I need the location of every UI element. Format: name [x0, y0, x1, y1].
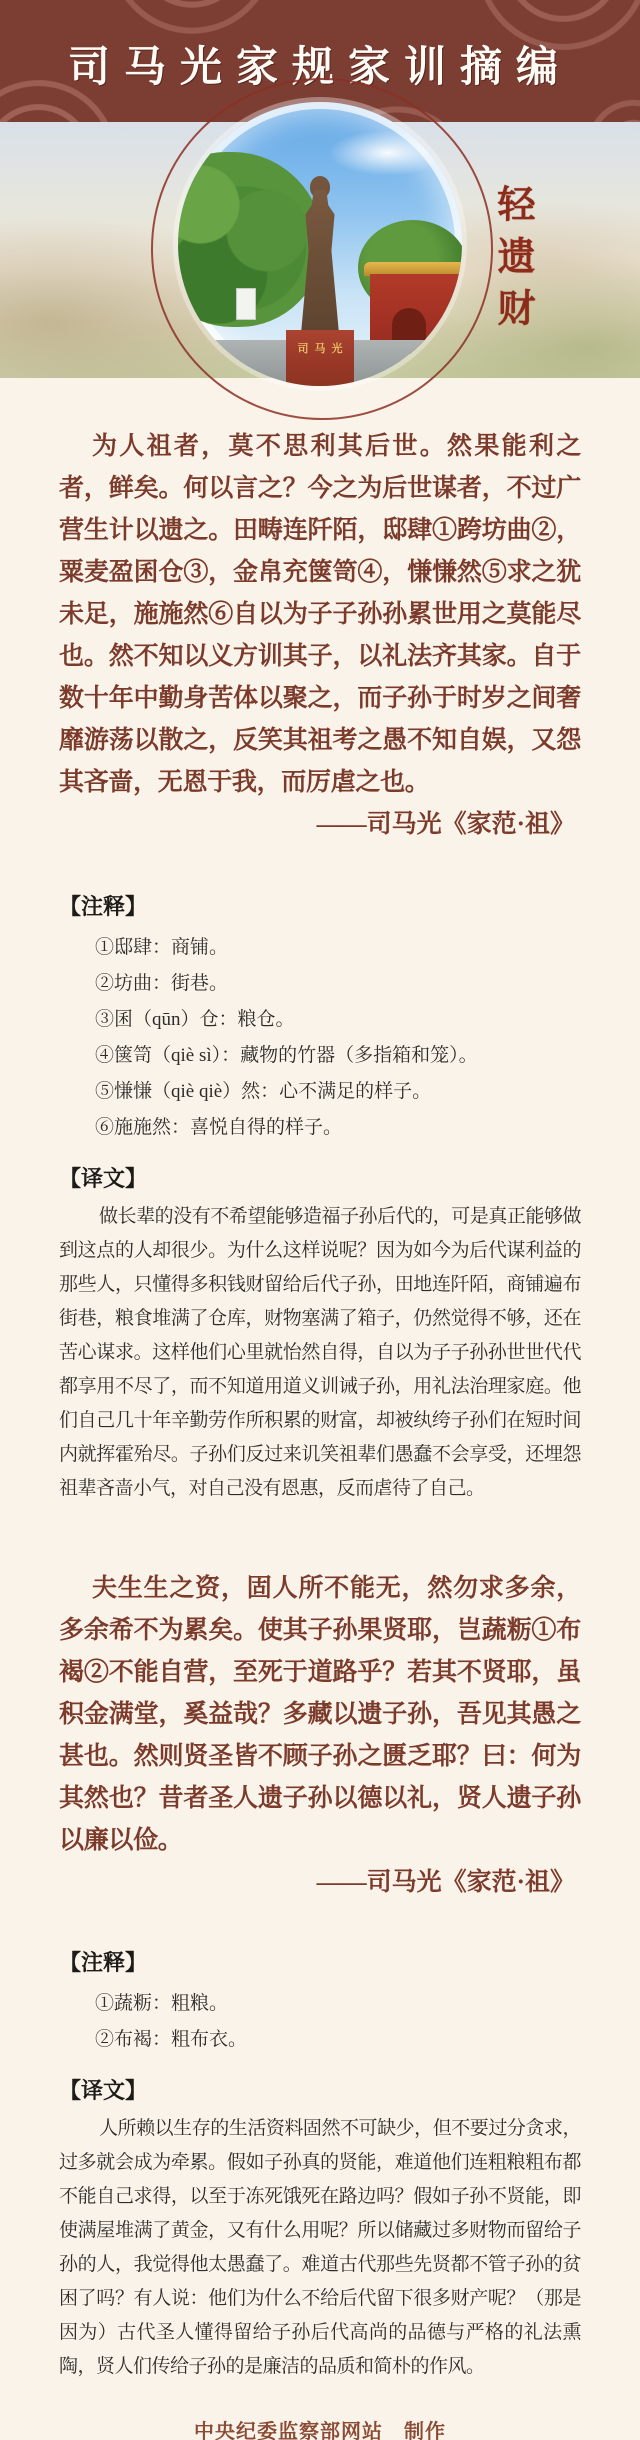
translation-text-2: 人所赖以生存的生活资料固然不可缺少，但不要过分贪求，过多就会成为牵累。假如子孙真… [59, 2112, 581, 2384]
notes-label-1: 【注释】 [59, 890, 581, 924]
note-item: ②坊曲：街巷。 [59, 966, 581, 1002]
note-item: ③囷（qūn）仓：粮仓。 [59, 1002, 581, 1038]
note-item: ①邸肆：商铺。 [59, 930, 581, 966]
note-item: ⑥施施然：喜悦自得的样子。 [59, 1110, 581, 1146]
theme-vertical-title: 轻遗财 [485, 184, 540, 340]
note-item: ②布褐：粗布衣。 [59, 2022, 581, 2058]
note-item: ①蔬粝：粗粮。 [59, 1986, 581, 2022]
notes-list-2: ①蔬粝：粗粮。 ②布褐：粗布衣。 [59, 1986, 581, 2058]
note-item: ④箧笥（qiè sì）：藏物的竹器（多指箱和笼）。 [59, 1038, 581, 1074]
brush-circle-ring [151, 78, 493, 420]
classical-passage-1: 为人祖者，莫不思利其后世。然果能利之者，鲜矣。何以言之？今之为后世谋者，不过广营… [59, 426, 581, 804]
classical-passage-2: 夫生生之资，固人所不能无，然勿求多余，多余希不为累矣。使其子孙果贤耶，岂蔬粝①布… [59, 1568, 581, 1862]
passage-1-attribution: ——司马光《家范·祖》 [59, 804, 581, 846]
passage-2-attribution: ——司马光《家范·祖》 [59, 1862, 581, 1904]
translation-label-1: 【译文】 [59, 1162, 581, 1196]
translation-text-1: 做长辈的没有不希望能够造福子孙后代的，可是真正能够做到这点的人却很少。为什么这样… [59, 1200, 581, 1506]
page: { "header": { "title": "司马光家规家训摘编" }, "b… [0, 0, 640, 2440]
notes-label-2: 【注释】 [59, 1946, 581, 1980]
translation-label-2: 【译文】 [59, 2074, 581, 2108]
hero-banner: 司马光家规家训摘编 司马光 轻遗财 [0, 0, 640, 378]
footer-credit: 中央纪委监察部网站 制作 [59, 2420, 581, 2440]
note-item: ⑤慊慊（qiè qiè）然：心不满足的样子。 [59, 1074, 581, 1110]
notes-list-1: ①邸肆：商铺。 ②坊曲：街巷。 ③囷（qūn）仓：粮仓。 ④箧笥（qiè sì）… [59, 930, 581, 1146]
article-body: 为人祖者，莫不思利其后世。然果能利之者，鲜矣。何以言之？今之为后世谋者，不过广营… [0, 426, 640, 2440]
